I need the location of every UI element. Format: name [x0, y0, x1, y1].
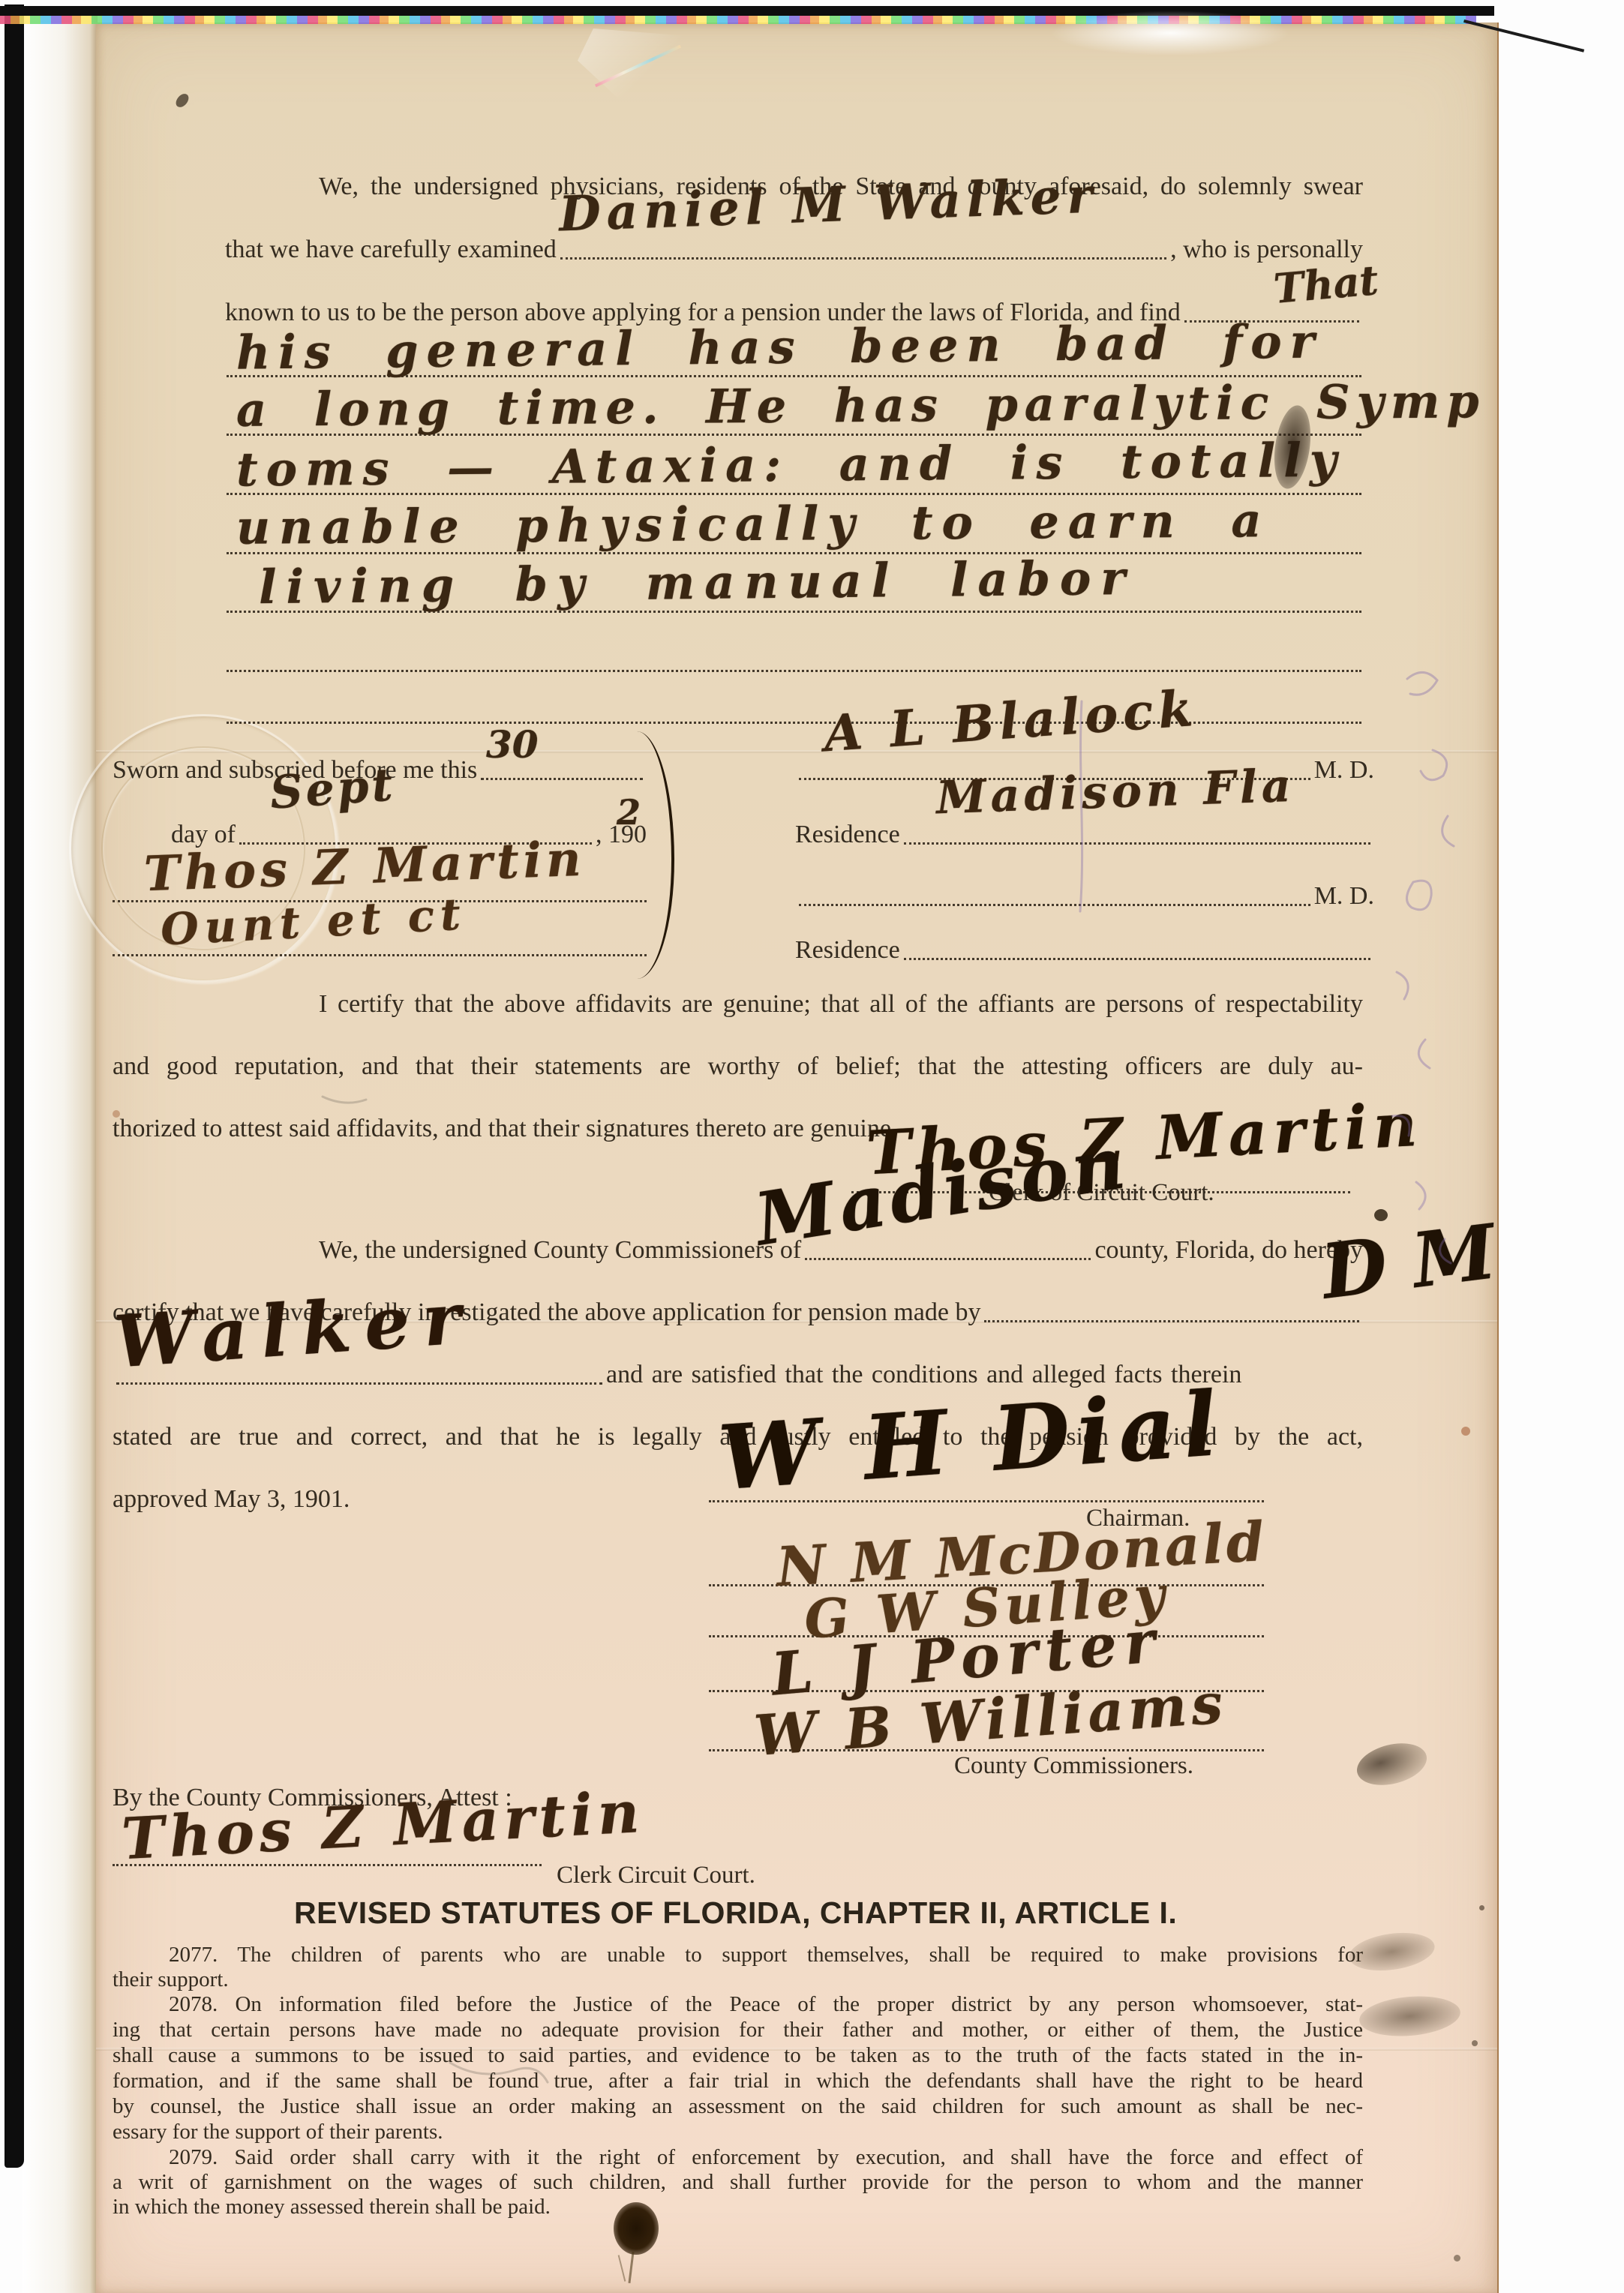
county-commissioners-label: County Commissioners. — [954, 1752, 1193, 1780]
md-label: M. D. — [1314, 882, 1374, 911]
statute-2079-line-3: in which the money assessed therein shal… — [113, 2195, 551, 2219]
statute-2078-line-5: by counsel, the Justice shall issue an o… — [113, 2094, 1363, 2118]
commissioners-line-1-text: We, the undersigned County Commissioners… — [319, 1236, 801, 1265]
statute-2079-line-2: a writ of garnishment on the wages of su… — [113, 2170, 1363, 2194]
statute-2079-line-1: 2079. Said order shall carry with it the… — [169, 2145, 1363, 2169]
certification-line-3: thorized to attest said affidavits, and … — [113, 1115, 897, 1143]
physician2-md-line: M. D. — [795, 882, 1374, 911]
ink-blot-large — [614, 2202, 659, 2255]
dotted-blank — [560, 257, 1166, 260]
handwritten-finding-1: his general has been bad for — [236, 318, 1323, 376]
rust-freckle — [1461, 1427, 1470, 1436]
handwritten-finding-3: toms — Ataxia: and is totally — [236, 437, 1345, 494]
writing-rule-blank — [227, 670, 1361, 672]
affidavit-line-2-text: that we have carefully examined — [225, 236, 557, 264]
statute-2078-line-3: shall cause a summons to be issued to sa… — [113, 2043, 1363, 2067]
dotted-blank — [904, 842, 1370, 845]
dotted-blank — [904, 958, 1370, 960]
dotted-blank — [481, 778, 643, 780]
ink-spot — [1374, 1209, 1388, 1221]
statute-2078-line-4: formation, and if the same shall be foun… — [113, 2069, 1363, 2093]
dotted-blank — [984, 1320, 1359, 1322]
commissioners-line-5: approved May 3, 1901. — [113, 1485, 350, 1514]
scanned-pension-affidavit-page: We, the undersigned physicians, resident… — [0, 0, 1624, 2293]
handwritten-officer-signature: Thos Z Martin — [143, 836, 586, 899]
statute-2077-line-2: their support. — [113, 1967, 229, 1991]
handwritten-day-number: 30 — [486, 726, 539, 764]
certification-line-2: and good reputation, and that their stat… — [113, 1052, 1363, 1081]
physician2-residence-line: Residence — [795, 936, 1374, 965]
statute-2077-line-1: 2077. The children of parents who are un… — [169, 1943, 1363, 1967]
handwritten-that: That — [1272, 260, 1380, 309]
handwritten-finding-5: living by manual labor — [259, 555, 1136, 611]
scan-border-left — [5, 5, 24, 2168]
rust-freckle — [113, 1110, 120, 1118]
paper-speck — [1454, 2255, 1460, 2261]
paper-fold-line — [96, 750, 1497, 753]
residence-label: Residence — [795, 821, 900, 849]
statute-2078-line-2: ing that certain persons have made no ad… — [113, 2018, 1363, 2042]
handwritten-finding-4: unable physically to earn a — [236, 497, 1271, 551]
attest-title: Clerk Circuit Court. — [557, 1862, 755, 1889]
statute-2078-line-1: 2078. On information filed before the Ju… — [169, 1992, 1363, 2016]
mylar-sleeve-edge — [23, 11, 98, 2293]
md-label: M. D. — [1314, 756, 1374, 785]
affidavit-line-2: that we have carefully examined , who is… — [225, 236, 1363, 264]
dotted-blank — [805, 1258, 1091, 1260]
handwritten-applicant-initials: D M — [1318, 1214, 1500, 1310]
physician1-residence-line: Residence — [795, 821, 1374, 849]
dotted-blank — [116, 1382, 602, 1385]
statutes-heading: REVISED STATUTES OF FLORIDA, CHAPTER II,… — [294, 1896, 1177, 1931]
paper-speck — [1479, 1905, 1484, 1910]
dotted-blank — [799, 904, 1310, 906]
handwritten-physician1-residence: Madison Fla — [935, 764, 1295, 821]
handwritten-month: Sept — [269, 762, 397, 816]
residence-label: Residence — [795, 936, 900, 965]
certification-line-1: I certify that the above affidavits are … — [319, 990, 1363, 1019]
sleeve-glare — [1050, 11, 1290, 56]
statute-2078-line-6: essary for the support of their parents. — [113, 2120, 443, 2144]
paper-speck — [1472, 2040, 1478, 2046]
officer-title-rule — [113, 954, 647, 956]
